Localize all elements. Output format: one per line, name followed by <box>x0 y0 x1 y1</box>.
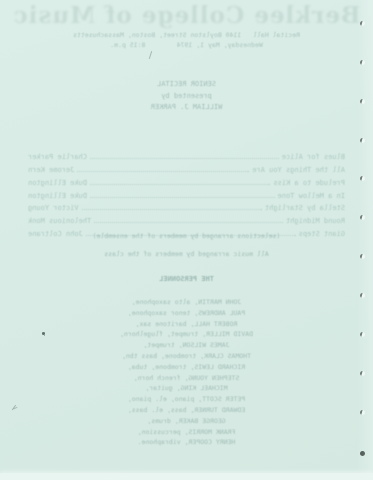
personnel-line: JAMES WILSON, trumpet, <box>0 340 373 351</box>
date-line: Wednesday, May 1, 1974 8:15 p.m. <box>0 41 373 49</box>
personnel-line: EDWARD TURNER, bass, el. bass, <box>0 405 373 416</box>
personnel-line: GEORGE BAKER, drums, <box>0 416 373 427</box>
personnel-list: JOHN MARTIN, alto saxophone, PAUL ANDREW… <box>0 297 373 448</box>
address-line: Recital Hall 1140 Boylston Street, Bosto… <box>0 31 373 39</box>
ink-speck <box>42 332 45 335</box>
personnel-line: ROBERT HALL, baritone sax, <box>0 319 373 330</box>
program-performer: Duke Ellington <box>28 192 87 200</box>
program-performer: Charlie Parker <box>28 153 87 161</box>
program-title: In a Mellow Tone <box>278 192 345 200</box>
personnel-line: STEPHEN YOUNG, french horn, <box>0 373 373 384</box>
recital-title-line3: WILLIAM J. PARKER <box>0 102 373 114</box>
program-list: Blues for Alice Charlie Parker All the T… <box>28 148 345 238</box>
masthead-berklee-college-of-music: Berklee College of Music <box>0 2 373 29</box>
dot-leader <box>77 171 249 172</box>
program-row: In a Mellow Tone Duke Ellington <box>28 187 345 200</box>
program-title: Prelude to a Kiss <box>273 179 345 187</box>
dot-leader <box>90 197 275 198</box>
personnel-line: PAUL ANDREWS, tenor saxophone, <box>0 308 373 319</box>
right-edge-fade <box>357 0 373 480</box>
program-title: Stella by Starlight <box>265 204 345 212</box>
recital-title-line1: SENIOR RECITAL <box>0 79 373 91</box>
personnel-line: THOMAS CLARK, trombone, bass tbn, <box>0 351 373 362</box>
dot-leader <box>94 222 283 223</box>
personnel-line: RICHARD LEWIS, trombone, tuba, <box>0 362 373 373</box>
personnel-line: JOHN MARTIN, alto saxophone, <box>0 297 373 308</box>
personnel-line: PETER SCOTT, piano, el. piano, <box>0 394 373 405</box>
scanned-page: Berklee College of Music Recital Hall 11… <box>0 0 373 480</box>
program-row: Stella by Starlight Victor Young <box>28 200 345 213</box>
program-performer: Thelonious Monk <box>28 217 91 225</box>
dot-leader <box>90 184 270 185</box>
program-performer: Jerome Kern <box>28 166 74 174</box>
program-row: Round Midnight Thelonious Monk <box>28 212 345 225</box>
recital-title-line2: presented by <box>0 91 373 103</box>
personnel-line: HENRY COOPER, vibraphone. <box>0 437 373 448</box>
program-row: Blues for Alice Charlie Parker <box>28 148 345 161</box>
program-title: Blues for Alice <box>282 153 345 161</box>
personnel-line: FRANK MORRIS, percussion, <box>0 427 373 438</box>
dot-leader <box>90 158 279 159</box>
bleedthrough-layer: Berklee College of Music Recital Hall 11… <box>0 0 373 480</box>
program-row: All the Things You Are Jerome Kern <box>28 161 345 174</box>
personnel-heading: THE PERSONNEL <box>0 275 373 283</box>
personnel-line: DAVID MILLER, trumpet, flugelhorn, <box>0 329 373 340</box>
personnel-line: MICHAEL KING, guitar, <box>0 383 373 394</box>
program-note: (selections arranged by members of the e… <box>0 232 373 240</box>
program-title: Round Midnight <box>286 217 345 225</box>
recital-title-block: SENIOR RECITAL presented by WILLIAM J. P… <box>0 79 373 114</box>
program-title: All the Things You Are <box>252 166 345 174</box>
dot-leader <box>82 209 262 210</box>
credit-line: All music arranged by members of the cla… <box>0 250 373 258</box>
program-performer: Victor Young <box>28 204 79 212</box>
page-bottom-edge <box>0 473 373 480</box>
program-row: Prelude to a Kiss Duke Ellington <box>28 174 345 187</box>
program-performer: Duke Ellington <box>28 179 87 187</box>
